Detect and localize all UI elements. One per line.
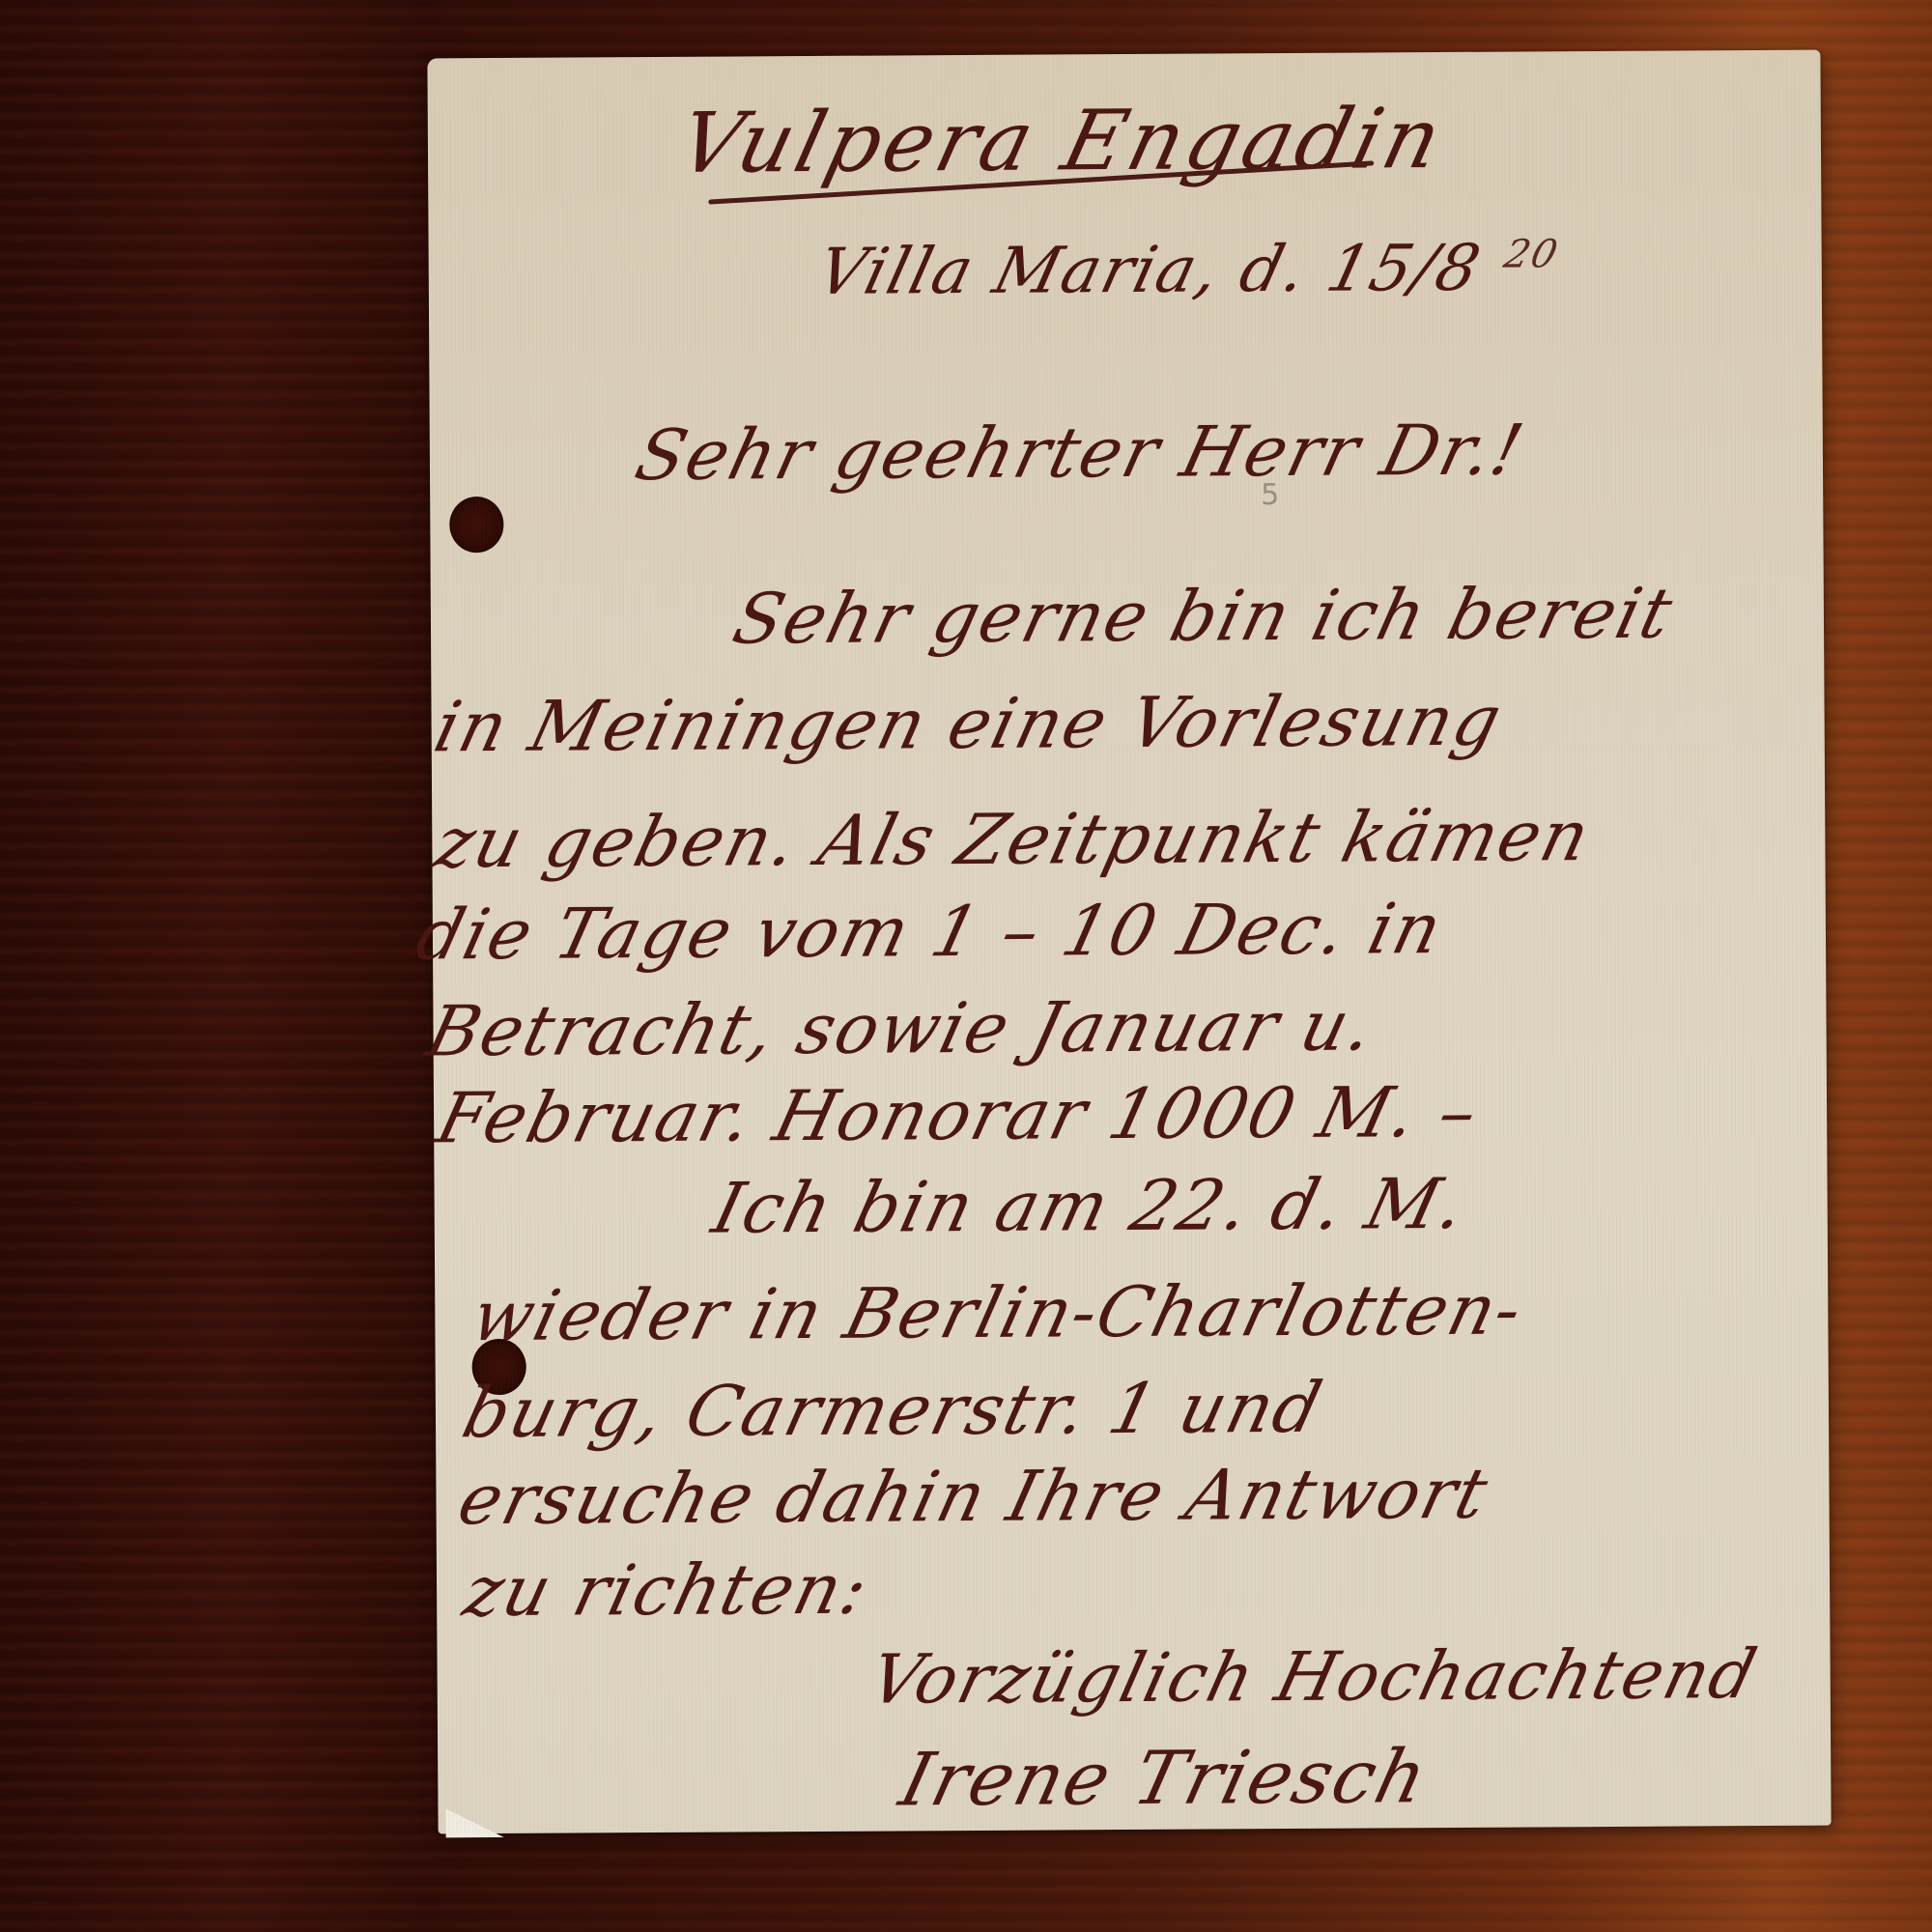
letter-heading-place: Vulpera Engadin [669,91,1454,192]
signature: Irene Triesch [893,1733,1437,1822]
body-line-7: Ich bin am 22. d. M. [705,1163,1475,1249]
body-line-8: wieder in Berlin-Charlotten- [465,1268,1532,1356]
body-line-10: ersuche dahin Ihre Antwort [451,1453,1497,1541]
dateline: Villa Maria, d. 15/8 20 [810,230,1564,309]
body-line-11: zu richten: [456,1548,877,1633]
body-line-1: Sehr gerne bin ich bereit [725,572,1682,659]
body-line-5: Betracht, sowie Januar u. [419,984,1383,1071]
letter-paper: Vulpera Engadin Villa Maria, d. 15/8 20 … [427,50,1831,1834]
body-line-9: burg, Carmerstr. 1 und [455,1367,1331,1454]
dateline-date-prefix: d. [1233,232,1316,307]
body-line-6: Februar. Honorar 1000 M. – [429,1071,1487,1159]
dateline-date: 15/8 [1320,231,1489,306]
body-line-3: zu geben. Als Zeitpunkt kämen [428,795,1600,883]
folded-corner [445,1808,503,1837]
body-line-2: in Meiningen eine Vorlesung [427,680,1511,768]
dateline-location: Villa Maria, [810,232,1229,309]
punch-hole-top [449,497,503,553]
pencil-mark: 5 [1261,478,1279,512]
dateline-year: 20 [1500,232,1564,276]
salutation: Sehr geehrter Herr Dr.! [628,409,1532,496]
closing: Vorzüglich Hochachtend [863,1634,1766,1719]
body-line-4: die Tage vom 1 – 10 Dec. in [409,888,1451,976]
